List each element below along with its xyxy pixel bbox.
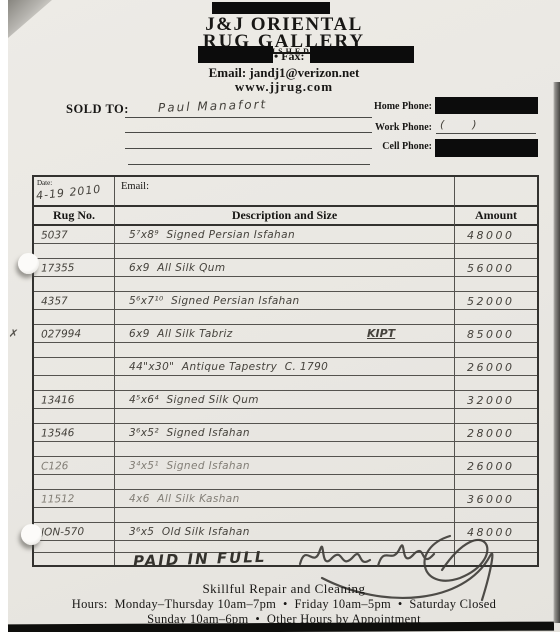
work-phone-handwritten: ( ) [440, 118, 478, 131]
redacted-home-phone [435, 97, 538, 114]
rug-no: 4357 [34, 291, 114, 307]
rug-description: 5⁶x7¹⁰ Signed Persian Isfahan [115, 292, 454, 307]
rug-description: 5⁷x8⁹ Signed Persian Isfahan [115, 226, 454, 241]
rug-description: 44"x30" Antique Tapestry C. 1790 [115, 358, 454, 373]
description-cell: 6x9 All Silk TabrizKIPT [115, 325, 455, 343]
rug-note: KIPT [367, 327, 395, 340]
date-cell: Date: 4-19 2010 [34, 177, 115, 207]
rug-no-cell: 13546 [34, 424, 115, 442]
signature-stroke [425, 536, 488, 581]
amount-cell: 48000 [455, 226, 537, 244]
rug-table: Date: 4-19 2010 Email: Rug No. Descripti… [32, 175, 539, 567]
description-cell: 44"x30" Antique Tapestry C. 1790 [115, 358, 455, 376]
work-phone-label: Work Phone: [366, 122, 432, 133]
spacer-cell [34, 409, 115, 424]
spacer-cell [34, 442, 115, 457]
column-header-description: Description and Size [115, 207, 455, 226]
spacer-cell [34, 310, 115, 325]
rug-description: 6x9 All Silk Tabriz [115, 325, 454, 340]
rug-amount: 48000 [455, 226, 537, 242]
email-cell: Email: [115, 177, 455, 207]
spacer-cell [455, 508, 537, 523]
description-cell: 3⁴x5¹ Signed Isfahan [115, 457, 455, 475]
margin-check-mark: ✗ [8, 326, 19, 340]
home-phone-label: Home Phone: [366, 101, 432, 112]
rug-no-cell [34, 358, 115, 376]
tagline: Skillful Repair and Cleaning [8, 581, 560, 597]
rug-amount: 26000 [455, 358, 537, 374]
signature-stroke [300, 547, 370, 564]
rug-no-cell: 17355 [34, 259, 115, 277]
redacted-fax-number [310, 46, 414, 63]
spacer-cell [455, 475, 537, 490]
redacted-cell-phone [435, 139, 538, 157]
sold-to-line-3 [125, 148, 372, 149]
email-label: Email: [115, 177, 454, 192]
scan-edge-right [553, 82, 560, 623]
spacer-cell [115, 508, 455, 523]
column-header-rug-no: Rug No. [34, 207, 115, 226]
spacer-cell [115, 442, 455, 457]
rug-no: 027994 [34, 324, 114, 340]
spacer-cell [115, 376, 455, 391]
spacer-cell [115, 343, 455, 358]
hole-punch [18, 253, 39, 274]
description-cell: 5⁷x8⁹ Signed Persian Isfahan [115, 226, 455, 244]
rug-amount: 26000 [455, 457, 537, 473]
rug-no: 11512 [34, 489, 114, 505]
rug-no-cell: 11512 [34, 490, 115, 508]
spacer-cell [455, 442, 537, 457]
description-cell: 6x9 All Silk Qum [115, 259, 455, 277]
paid-row-rugno-cell [34, 553, 115, 565]
hours-line-1: Hours: Monday–Thursday 10am–7pm • Friday… [8, 597, 560, 612]
spacer-cell [455, 310, 537, 325]
rug-no: 17355 [34, 258, 114, 274]
amount-cell: 26000 [455, 457, 537, 475]
rug-no-cell: 027994 [34, 325, 115, 343]
rug-no-cell: JON-570 [34, 523, 115, 541]
amount-cell: 28000 [455, 424, 537, 442]
sold-to-line-4 [128, 164, 370, 165]
rug-amount: 56000 [455, 259, 537, 275]
spacer-cell [455, 244, 537, 259]
rug-amount: 28000 [455, 424, 537, 440]
rug-no-cell: 13416 [34, 391, 115, 409]
spacer-cell [115, 409, 455, 424]
paid-in-full-note: PAID IN FULL [133, 548, 267, 571]
spacer-cell [455, 409, 537, 424]
rug-no: 5037 [34, 225, 114, 241]
rug-description: 4⁵x6⁴ Signed Silk Qum [115, 391, 454, 406]
rug-amount: 52000 [455, 292, 537, 308]
spacer-cell [115, 310, 455, 325]
scan-edge-bottom [0, 632, 560, 637]
spacer-cell [34, 343, 115, 358]
rug-no: C126 [34, 456, 114, 472]
rug-description: 3⁴x5¹ Signed Isfahan [115, 457, 454, 472]
spacer-cell [455, 343, 537, 358]
spacer-cell [455, 376, 537, 391]
spacer-cell [455, 277, 537, 292]
rug-amount: 36000 [455, 490, 537, 506]
rug-no: 13416 [34, 390, 114, 406]
rug-no: JON-570 [34, 522, 114, 538]
hole-punch [21, 524, 42, 545]
sold-to-label: SOLD TO: [66, 102, 129, 117]
spacer-cell [34, 508, 115, 523]
redaction-bar-top [212, 2, 330, 14]
description-cell: 3⁶x5² Signed Isfahan [115, 424, 455, 442]
amount-cell: 32000 [455, 391, 537, 409]
spacer-cell [34, 277, 115, 292]
description-cell: 5⁶x7¹⁰ Signed Persian Isfahan [115, 292, 455, 310]
rug-no-cell: 4357 [34, 292, 115, 310]
rug-description: 6x9 All Silk Qum [115, 259, 454, 274]
amount-cell: 56000 [455, 259, 537, 277]
spacer-cell [34, 475, 115, 490]
rug-no [34, 357, 114, 361]
description-cell: 4⁵x6⁴ Signed Silk Qum [115, 391, 455, 409]
amount-cell: 52000 [455, 292, 537, 310]
sold-to-line-2 [125, 132, 372, 133]
rug-no: 13546 [34, 423, 114, 439]
spacer-cell [34, 376, 115, 391]
amount-cell: 26000 [455, 358, 537, 376]
business-website: www.jjrug.com [8, 79, 560, 95]
fax-label: • Fax: [274, 49, 305, 64]
column-header-amount: Amount [455, 207, 537, 226]
redacted-phone-number [198, 46, 273, 63]
spacer-cell [34, 541, 115, 553]
rug-no-cell: C126 [34, 457, 115, 475]
rug-amount: 32000 [455, 391, 537, 407]
spacer-cell [115, 277, 455, 292]
rug-description: 3⁶x5² Signed Isfahan [115, 424, 454, 439]
spacer-cell [115, 475, 455, 490]
amount-cell: 36000 [455, 490, 537, 508]
spacer-cell [115, 244, 455, 259]
cell-phone-label: Cell Phone: [366, 141, 432, 152]
rug-description: 4x6 All Silk Kashan [115, 490, 454, 505]
spacer-cell [34, 244, 115, 259]
rug-amount: 85000 [455, 325, 537, 341]
amount-cell: 85000 [455, 325, 537, 343]
rug-no-cell: 5037 [34, 226, 115, 244]
sold-to-line-1 [125, 117, 372, 118]
amount-blank-cell [455, 177, 537, 207]
description-cell: 4x6 All Silk Kashan [115, 490, 455, 508]
